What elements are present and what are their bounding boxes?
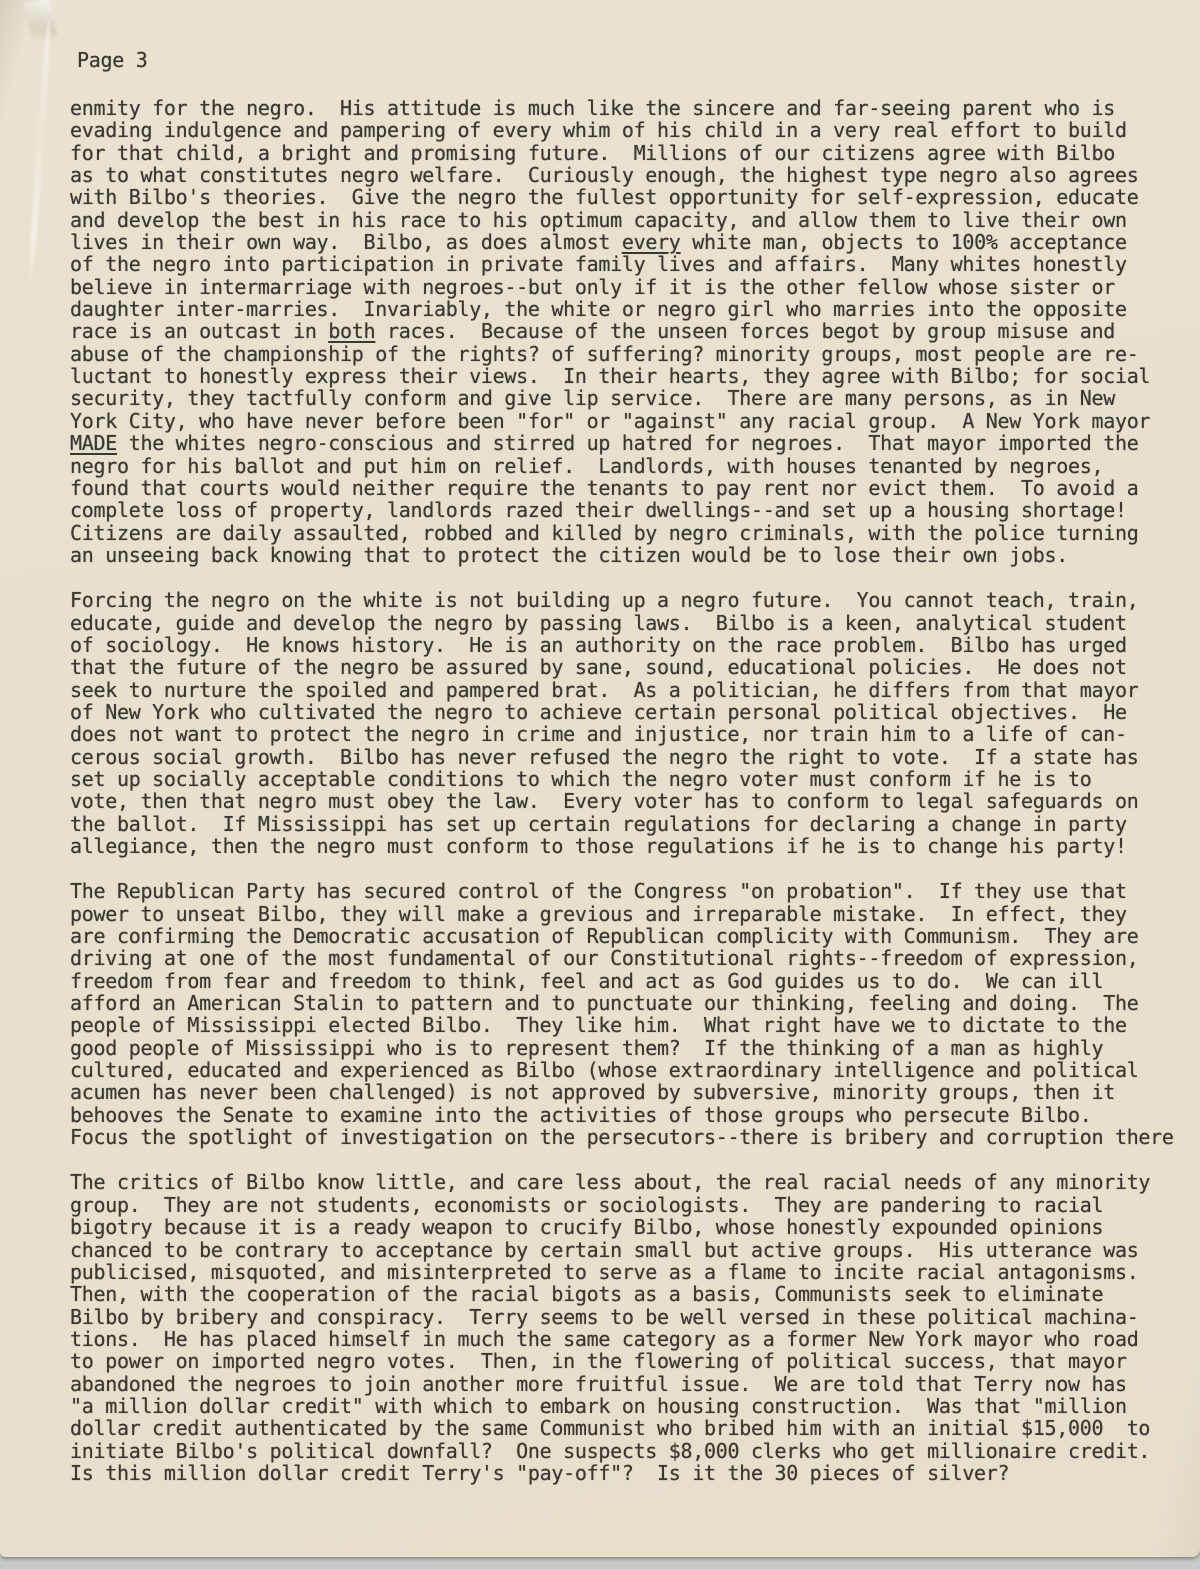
- text-line: are confirming the Democratic accusation…: [70, 925, 1195, 947]
- text-line: for that child, a bright and promising f…: [70, 142, 1195, 164]
- text-line: found that courts would neither require …: [70, 477, 1195, 499]
- text-line: race is an outcast in both races. Becaus…: [70, 320, 1195, 342]
- text-line: tions. He has placed himself in much the…: [70, 1328, 1195, 1350]
- document-page: Page 3 enmity for the negro. His attitud…: [0, 0, 1200, 1557]
- text-line: luctant to honestly express their views.…: [70, 365, 1195, 387]
- text-line: Then, with the cooperation of the racial…: [70, 1283, 1195, 1305]
- text-line: people of Mississippi elected Bilbo. The…: [70, 1014, 1195, 1036]
- text-line: negro for his ballot and put him on reli…: [70, 455, 1195, 477]
- text-line: allegiance, then the negro must conform …: [70, 835, 1195, 857]
- text-line: to power on imported negro votes. Then, …: [70, 1350, 1195, 1372]
- text-line: power to unseat Bilbo, they will make a …: [70, 903, 1195, 925]
- paragraph: Forcing the negro on the white is not bu…: [70, 589, 1195, 857]
- text-line: abuse of the championship of the rights?…: [70, 343, 1195, 365]
- text-line: publicised, misquoted, and misinterprete…: [70, 1261, 1195, 1283]
- text-line: Bilbo by bribery and conspiracy. Terry s…: [70, 1306, 1195, 1328]
- page-number-label: Page 3: [77, 48, 147, 72]
- text-line: of the negro into participation in priva…: [70, 253, 1195, 275]
- text-line: cultured, educated and experienced as Bi…: [70, 1059, 1195, 1081]
- text-line: cerous social growth. Bilbo has never re…: [70, 746, 1195, 768]
- text-line: "a million dollar credit" with which to …: [70, 1395, 1195, 1417]
- text-line: MADE the whites negro-conscious and stir…: [70, 432, 1195, 454]
- paragraph: The critics of Bilbo know little, and ca…: [70, 1171, 1195, 1484]
- text-line: Focus the spotlight of investigation on …: [70, 1126, 1195, 1148]
- text-line: enmity for the negro. His attitude is mu…: [70, 97, 1195, 119]
- text-line: security, they tactfully conform and giv…: [70, 387, 1195, 409]
- paper-corner-crease: [24, 0, 58, 42]
- text-line: seek to nurture the spoiled and pampered…: [70, 679, 1195, 701]
- text-line: abandoned the negroes to join another mo…: [70, 1373, 1195, 1395]
- text-line: acumen has never been challenged) is not…: [70, 1081, 1195, 1103]
- text-line: initiate Bilbo's political downfall? One…: [70, 1440, 1195, 1462]
- paragraph: The Republican Party has secured control…: [70, 880, 1195, 1148]
- text-line: does not want to protect the negro in cr…: [70, 723, 1195, 745]
- text-line: Is this million dollar credit Terry's "p…: [70, 1462, 1195, 1484]
- text-line: freedom from fear and freedom to think, …: [70, 970, 1195, 992]
- document-body: enmity for the negro. His attitude is mu…: [70, 97, 1195, 1484]
- text-line: group. They are not students, economists…: [70, 1194, 1195, 1216]
- text-line: educate, guide and develop the negro by …: [70, 612, 1195, 634]
- text-line: set up socially acceptable conditions to…: [70, 768, 1195, 790]
- text-line: lives in their own way. Bilbo, as does a…: [70, 231, 1195, 253]
- paragraph: enmity for the negro. His attitude is mu…: [70, 97, 1195, 566]
- text-line: with Bilbo's theories. Give the negro th…: [70, 186, 1195, 208]
- paper-crease: [27, 20, 53, 290]
- text-line: of New York who cultivated the negro to …: [70, 701, 1195, 723]
- text-line: vote, then that negro must obey the law.…: [70, 790, 1195, 812]
- text-line: bigotry because it is a ready weapon to …: [70, 1216, 1195, 1238]
- text-line: the ballot. If Mississippi has set up ce…: [70, 813, 1195, 835]
- text-line: York City, who have never before been "f…: [70, 410, 1195, 432]
- text-line: of sociology. He knows history. He is an…: [70, 634, 1195, 656]
- text-line: as to what constitutes negro welfare. Cu…: [70, 164, 1195, 186]
- text-line: behooves the Senate to examine into the …: [70, 1104, 1195, 1126]
- text-line: driving at one of the most fundamental o…: [70, 947, 1195, 969]
- text-line: dollar credit authenticated by the same …: [70, 1417, 1195, 1439]
- text-line: Forcing the negro on the white is not bu…: [70, 589, 1195, 611]
- text-line: complete loss of property, landlords raz…: [70, 499, 1195, 521]
- text-line: good people of Mississippi who is to rep…: [70, 1037, 1195, 1059]
- text-line: The critics of Bilbo know little, and ca…: [70, 1171, 1195, 1193]
- text-line: afford an American Stalin to pattern and…: [70, 992, 1195, 1014]
- text-line: daughter inter-marries. Invariably, the …: [70, 298, 1195, 320]
- text-line: believe in intermarriage with negroes--b…: [70, 276, 1195, 298]
- text-line: an unseeing back knowing that to protect…: [70, 544, 1195, 566]
- text-line: evading indulgence and pampering of ever…: [70, 119, 1195, 141]
- text-line: and develop the best in his race to his …: [70, 209, 1195, 231]
- text-line: Citizens are daily assaulted, robbed and…: [70, 522, 1195, 544]
- text-line: that the future of the negro be assured …: [70, 656, 1195, 678]
- text-line: chanced to be contrary to acceptance by …: [70, 1239, 1195, 1261]
- scan-background: Page 3 enmity for the negro. His attitud…: [0, 0, 1200, 1569]
- text-line: The Republican Party has secured control…: [70, 880, 1195, 902]
